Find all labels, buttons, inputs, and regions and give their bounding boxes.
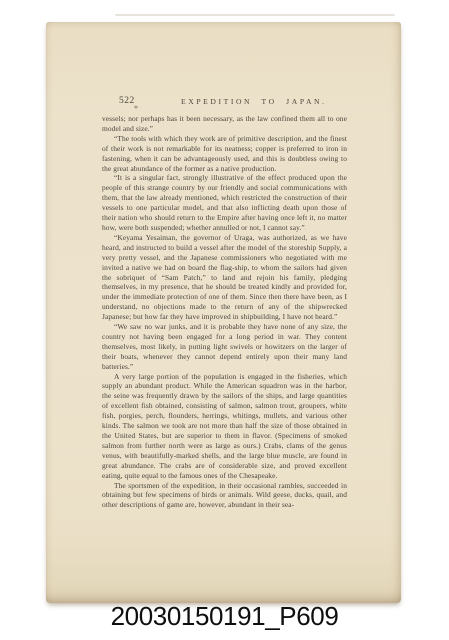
paragraph: vessels; nor perhaps has it been necessa… — [102, 114, 347, 134]
paragraph: A very large portion of the population i… — [102, 372, 347, 481]
photo-backdrop-edge — [115, 14, 395, 16]
paragraph: “It is a singular fact, strongly illustr… — [102, 173, 347, 232]
page-header: 522 EXPEDITION TO JAPAN. — [46, 96, 401, 108]
paragraph: “The tools with which they work are of p… — [102, 134, 347, 174]
paragraph: The sportsmen of the expedition, in thei… — [102, 481, 347, 511]
accession-label: 20030150191_P609 — [0, 601, 449, 632]
running-title: EXPEDITION TO JAPAN. — [181, 97, 327, 106]
body-text: vessels; nor perhaps has it been necessa… — [102, 114, 347, 510]
paragraph: “Keyama Yesaiman, the governor of Uraga,… — [102, 233, 347, 322]
paragraph: “We saw no war junks, and it is probable… — [102, 322, 347, 372]
page-number: 522 — [119, 96, 135, 106]
book-page: 522 EXPEDITION TO JAPAN. * vessels; nor … — [46, 22, 401, 603]
scanned-book-photo: { "photo": { "page_number": "522", "runn… — [0, 0, 449, 640]
ink-mark: * — [134, 104, 138, 113]
